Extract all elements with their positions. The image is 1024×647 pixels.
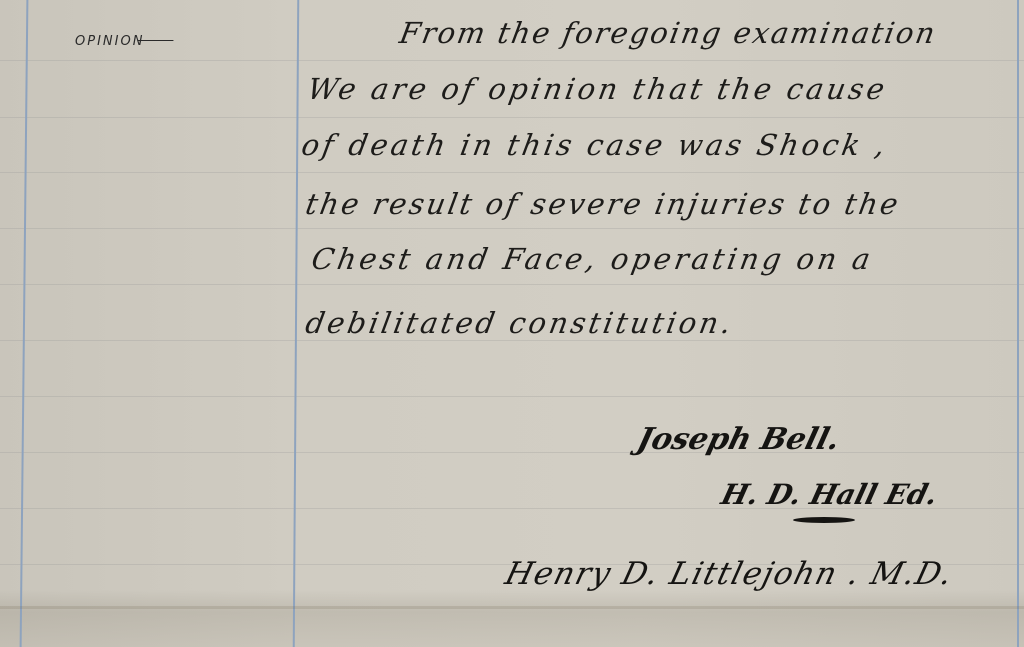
body-line-4: the result of severe injuries to the (303, 187, 903, 221)
document-page: OPINION From the foregoing examination W… (0, 0, 1024, 647)
signature-hd-hall: H. D. Hall Ed. (718, 478, 941, 511)
flourish (138, 30, 180, 41)
signature-underline (793, 517, 855, 523)
right-edge-rule (1017, 0, 1019, 647)
margin-label-text: OPINION (75, 34, 144, 49)
margin-label-opinion: OPINION (75, 34, 174, 49)
signature-joseph-bell: Joseph Bell. (634, 422, 844, 457)
body-line-5: Chest and Face, operating on a (309, 242, 876, 276)
signature-henry-littlejohn: Henry D. Littlejohn . M.D. (502, 556, 958, 592)
ruled-line (0, 284, 1024, 285)
body-line-2: We are of opinion that the cause (305, 72, 890, 106)
left-edge-rule (20, 0, 29, 647)
margin-rule (293, 0, 300, 647)
body-line-6: debilitated constitution. (303, 306, 736, 340)
ruled-line (0, 396, 1024, 397)
ruled-line (0, 117, 1024, 118)
ruled-line (0, 340, 1024, 341)
body-line-3: of death in this case was Shock , (299, 128, 891, 162)
ruled-line (0, 452, 1024, 453)
body-line-1: From the foregoing examination (397, 16, 939, 50)
ruled-line (0, 228, 1024, 229)
page-crease (0, 606, 1024, 609)
ruled-line (0, 172, 1024, 173)
ruled-line (0, 60, 1024, 61)
